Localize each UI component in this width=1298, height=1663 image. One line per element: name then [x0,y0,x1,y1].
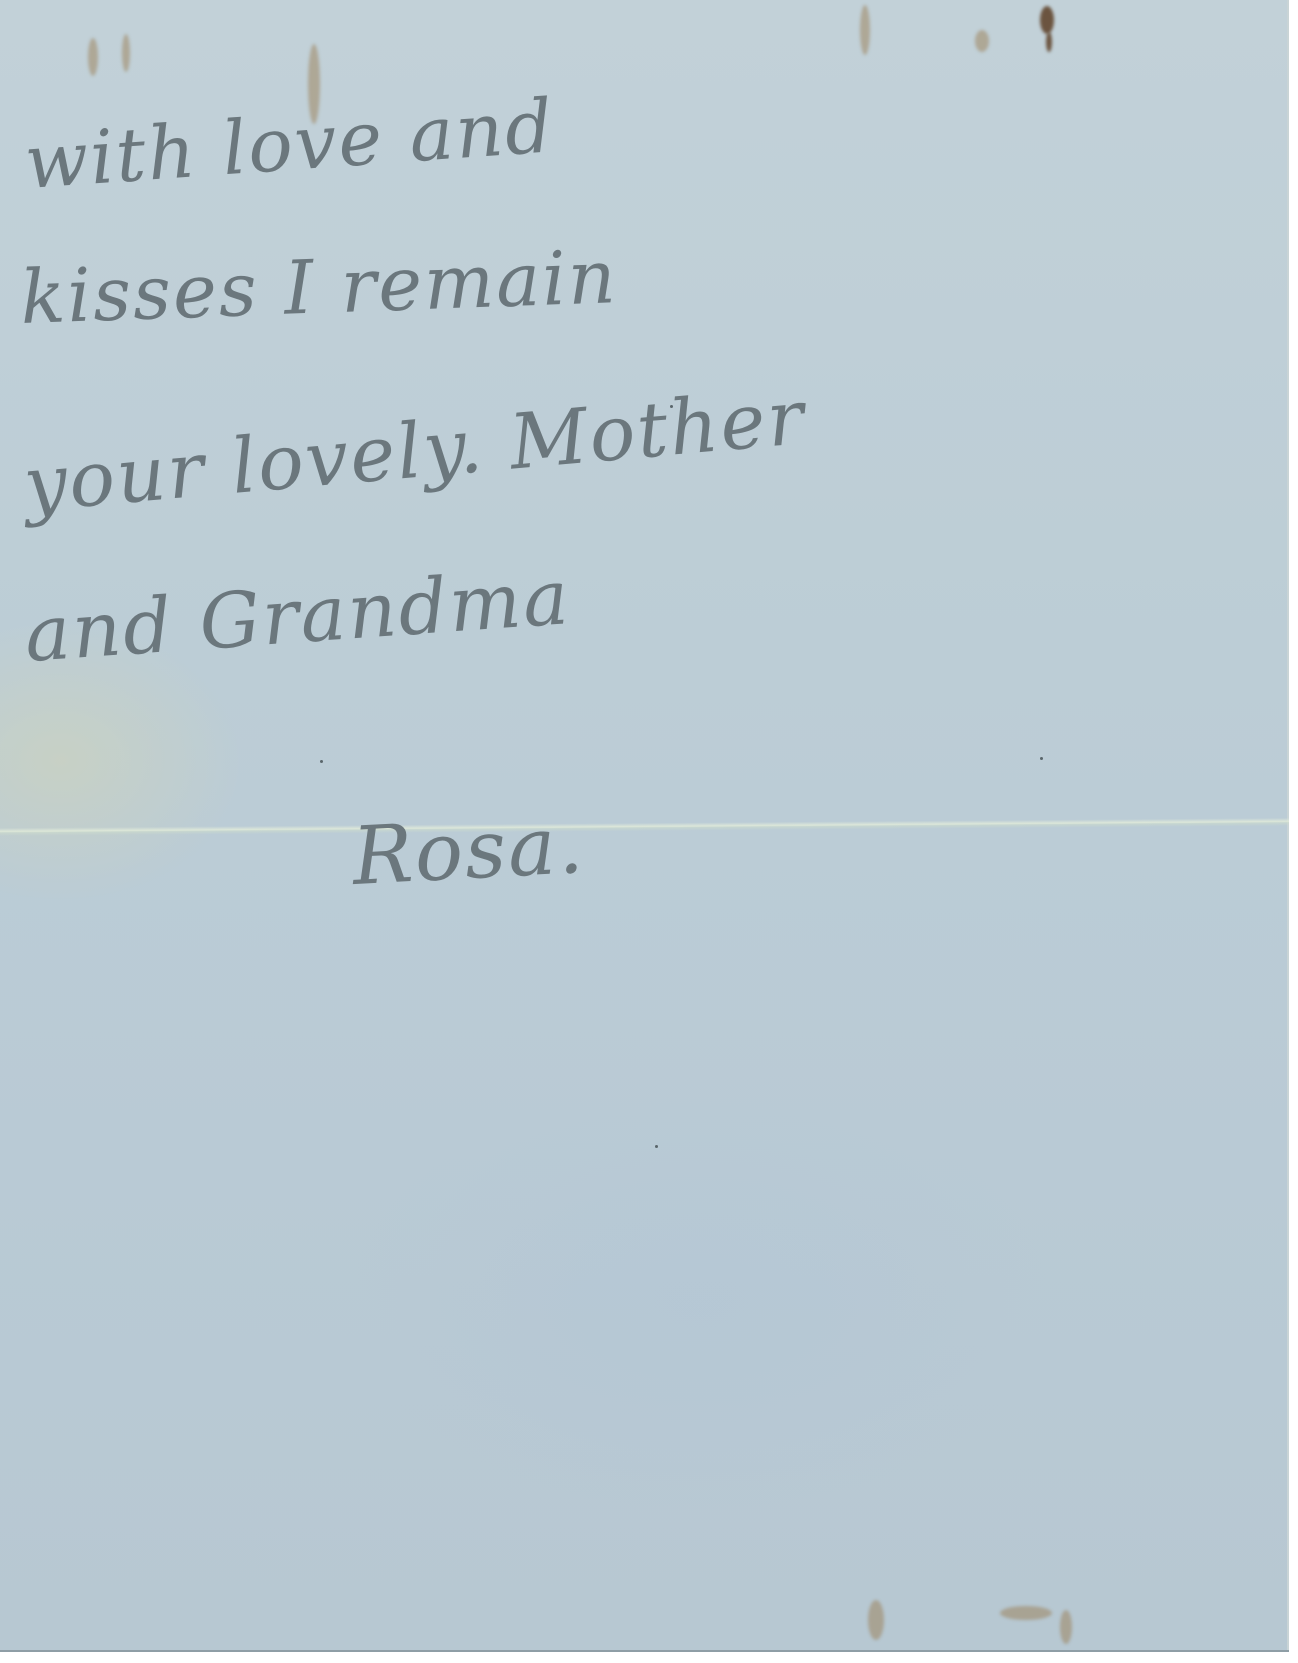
stain-mark [122,34,130,72]
letter-line: your lovely. Mother [20,372,809,529]
letter-line: with love and [22,83,557,206]
stain-mark [88,38,98,76]
letter-line: kisses I remain [19,234,619,341]
signature: Rosa. [350,798,587,903]
fold-crease [0,818,1289,836]
letter-line: and Grandma [22,552,573,679]
pencil-speck [655,1145,658,1148]
stain-mark [1060,1610,1072,1644]
pencil-speck [670,405,673,408]
pencil-speck [320,760,323,763]
stain-mark [868,1600,884,1640]
letter-page: with love and kisses I remain your lovel… [0,0,1289,1652]
pencil-speck [1040,757,1043,760]
stain-mark [975,30,989,52]
ink-blot [1046,32,1052,52]
ink-blot [1040,6,1054,34]
stain-mark [1000,1606,1052,1620]
stain-mark [860,5,870,55]
